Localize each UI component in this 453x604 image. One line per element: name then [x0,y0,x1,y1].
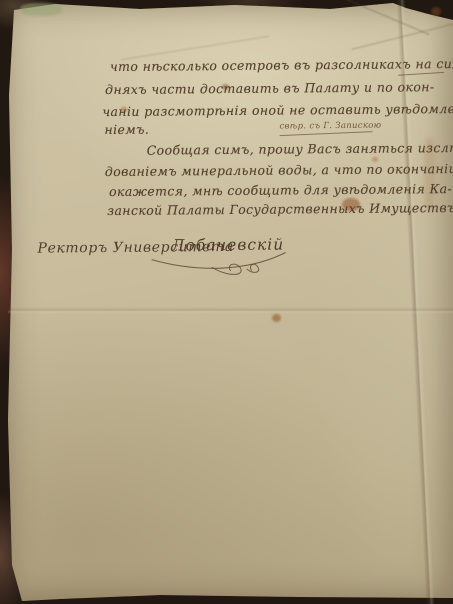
verification-note: свѣр. съ Г. Запискою [279,121,381,132]
signature-flourish [150,250,290,279]
text-line-6: дованіемъ минеральной воды, а что по око… [105,161,453,179]
photo-background: что нѣсколько осетровъ въ разсолникахъ н… [0,0,453,604]
note-underline-stroke [280,131,373,136]
text-line-5: Сообщая симъ, прошу Васъ заняться изслѣ- [147,140,453,158]
text-line-3: чаніи разсмотрѣнія оной не оставить увѣд… [102,101,453,119]
text-line-4: ніемъ. [104,122,149,137]
underline-stroke [398,72,444,76]
handwriting-layer: что нѣсколько осетровъ въ разсолникахъ н… [0,0,453,604]
text-line-2: дняхъ части доставить въ Палату и по око… [105,79,434,97]
text-line-1: что нѣсколько осетровъ въ разсолникахъ н… [110,56,453,74]
text-line-7: окажется, мнѣ сообщить для увѣдомленія К… [109,181,452,199]
text-line-8: занской Палаты Государственныхъ Имуществ… [107,200,453,218]
